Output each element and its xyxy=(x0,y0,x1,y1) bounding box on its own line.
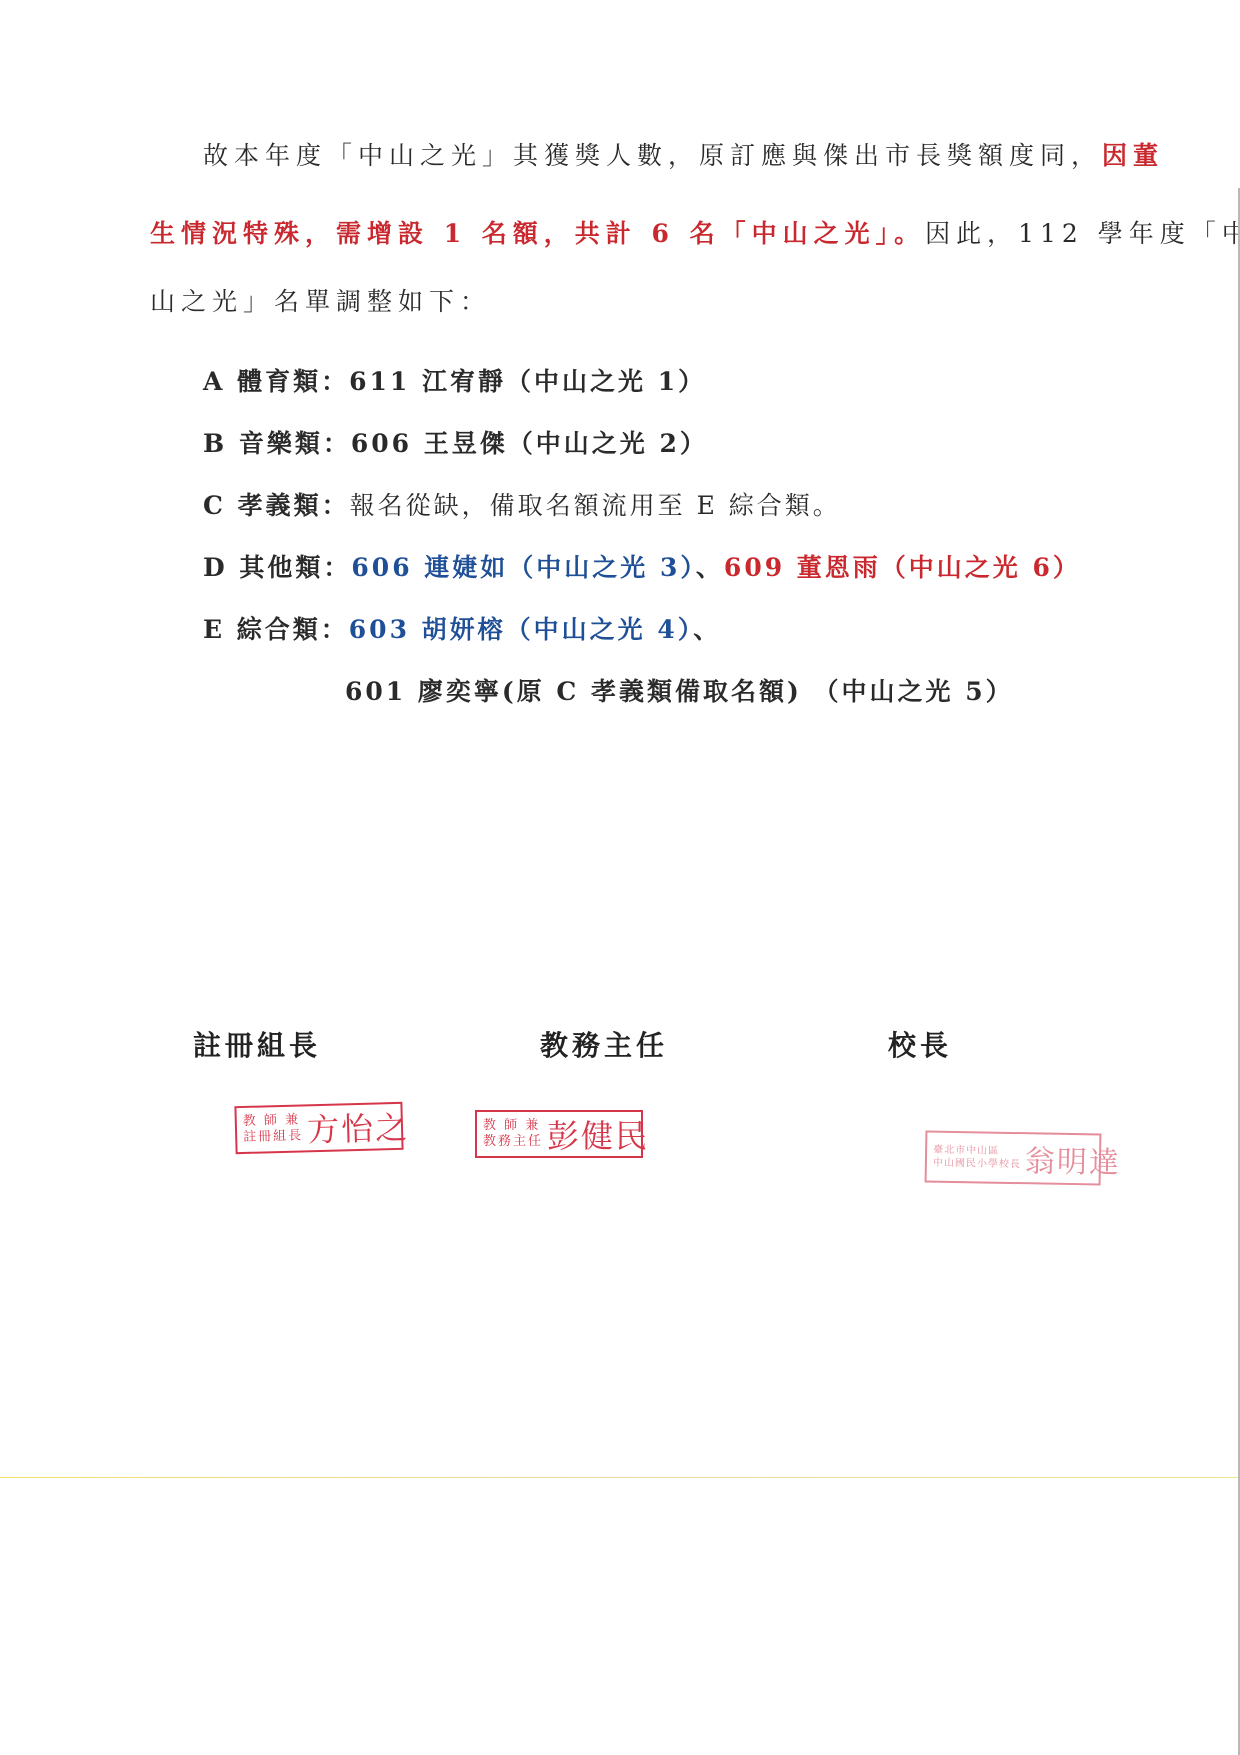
separator: ： xyxy=(321,367,349,396)
academic-director-seal-stamp: 教 師 兼 教務主任 彭健民 xyxy=(475,1110,643,1158)
award-entry: 606 王昱傑（中山之光 2） xyxy=(351,429,708,458)
principal-label: 校長 xyxy=(888,1024,952,1064)
paragraph-line-1: 故本年度「中山之光」其獲獎人數，原訂應與傑出市長獎額度同，因董 xyxy=(203,140,1163,172)
highlight-text: 生情況特殊，需增設 1 名額，共計 6 名「中山之光」。 xyxy=(150,219,925,248)
award-category: A 體育類 xyxy=(203,367,321,396)
award-entry: 609 董恩雨（中山之光 6） xyxy=(724,553,1081,582)
award-entry: 611 江宥靜（中山之光 1） xyxy=(349,367,706,396)
stamp-name: 方怡之 xyxy=(306,1103,409,1152)
award-category: B 音樂類 xyxy=(203,429,323,458)
separator: ： xyxy=(322,491,350,520)
highlight-text: 因董 xyxy=(1102,141,1164,170)
award-item-a: A 體育類：611 江宥靜（中山之光 1） xyxy=(203,366,706,398)
stamp-title: 臺北市中山區 中山國民小學校長 xyxy=(933,1144,1021,1172)
separator: 、 xyxy=(696,553,724,582)
separator: ： xyxy=(323,553,351,582)
separator: ： xyxy=(323,429,351,458)
paragraph-line-3: 山之光」名單調整如下： xyxy=(150,286,1110,318)
stamp-title: 教 師 兼 註冊組長 xyxy=(243,1112,304,1146)
registrar-seal-stamp: 教 師 兼 註冊組長 方怡之 xyxy=(234,1102,403,1154)
separator: 、 xyxy=(693,615,721,644)
stamp-name: 翁明達 xyxy=(1025,1136,1122,1182)
academic-director-label: 教務主任 xyxy=(540,1024,668,1064)
award-entry: 606 連婕如（中山之光 3） xyxy=(351,553,696,582)
award-category: D 其他類 xyxy=(203,553,323,582)
stamp-title-line: 教 師 兼 xyxy=(243,1112,303,1130)
stamp-title-line: 教 師 兼 xyxy=(483,1118,543,1134)
separator: ： xyxy=(321,615,349,644)
award-entry: 報名從缺，備取名額流用至 E 綜合類。 xyxy=(350,491,841,520)
paragraph-line-2: 生情況特殊，需增設 1 名額，共計 6 名「中山之光」。因此，112 學年度「中 xyxy=(150,218,1110,250)
stamp-name: 彭健民 xyxy=(547,1111,649,1157)
award-category: C 孝義類 xyxy=(203,491,322,520)
stamp-title: 教 師 兼 教務主任 xyxy=(483,1118,543,1150)
paragraph-text: 故本年度「中山之光」其獲獎人數，原訂應與傑出市長獎額度同， xyxy=(203,141,1102,170)
document-page: 故本年度「中山之光」其獲獎人數，原訂應與傑出市長獎額度同，因董 生情況特殊，需增… xyxy=(0,0,1240,1755)
award-item-d: D 其他類：606 連婕如（中山之光 3）、609 董恩雨（中山之光 6） xyxy=(203,552,1081,584)
award-item-e: E 綜合類：603 胡妍榕（中山之光 4）、 xyxy=(203,614,721,646)
stamp-title-line: 中山國民小學校長 xyxy=(933,1157,1021,1172)
stamp-title-line: 註冊組長 xyxy=(243,1128,303,1146)
registrar-label: 註冊組長 xyxy=(193,1024,321,1064)
award-entry: 601 廖奕寧(原 C 孝義類備取名額) （中山之光 5） xyxy=(345,677,1014,706)
paragraph-text: 山之光」名單調整如下： xyxy=(150,287,491,316)
principal-seal-stamp: 臺北市中山區 中山國民小學校長 翁明達 xyxy=(925,1130,1102,1185)
stamp-title-line: 教務主任 xyxy=(483,1134,543,1150)
award-item-c: C 孝義類：報名從缺，備取名額流用至 E 綜合類。 xyxy=(203,490,841,522)
award-item-e-continuation: 601 廖奕寧(原 C 孝義類備取名額) （中山之光 5） xyxy=(345,676,1014,708)
award-category: E 綜合類 xyxy=(203,615,321,644)
paragraph-text: 因此，112 學年度「中 xyxy=(925,219,1240,248)
page-divider-line xyxy=(0,1477,1240,1478)
award-item-b: B 音樂類：606 王昱傑（中山之光 2） xyxy=(203,428,708,460)
award-entry: 603 胡妍榕（中山之光 4） xyxy=(349,615,694,644)
